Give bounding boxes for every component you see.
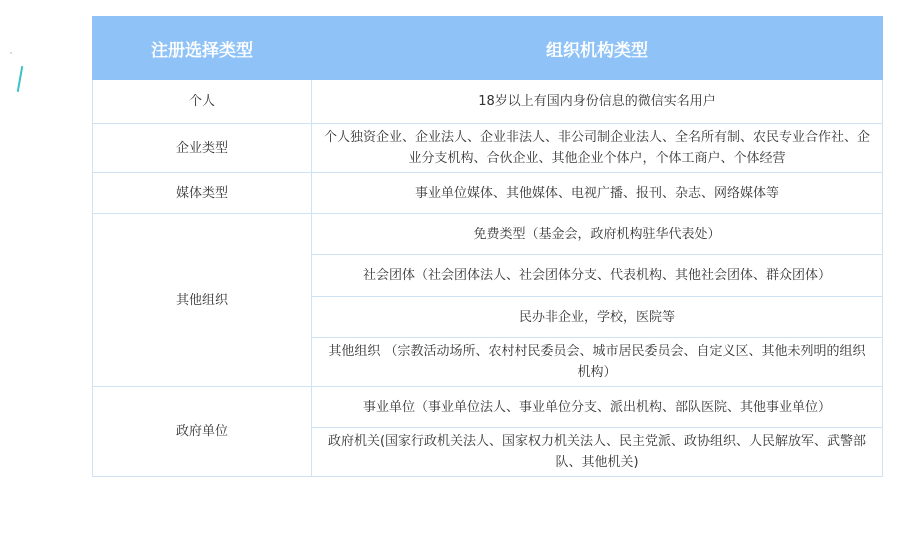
org-cell: 事业单位（事业单位法人、事业单位分支、派出机构、部队医院、其他事业单位） xyxy=(312,387,883,428)
org-cell: 社会团体（社会团体法人、社会团体分支、代表机构、其他社会团体、群众团体） xyxy=(312,255,883,297)
org-cell: 个人独资企业、企业法人、企业非法人、非公司制企业法人、全名所有制、农民专业合作社… xyxy=(312,124,883,173)
type-cell-media: 媒体类型 xyxy=(93,173,312,214)
org-cell: 事业单位媒体、其他媒体、电视广播、报刊、杂志、网络媒体等 xyxy=(312,173,883,214)
org-cell: 免费类型（基金会，政府机构驻华代表处） xyxy=(312,214,883,255)
table-row: 个人 18岁以上有国内身份信息的微信实名用户 xyxy=(93,80,883,124)
type-cell-individual: 个人 xyxy=(93,80,312,124)
type-cell-enterprise: 企业类型 xyxy=(93,124,312,173)
header-registration-type: 注册选择类型 xyxy=(93,17,312,80)
table-row: 媒体类型 事业单位媒体、其他媒体、电视广播、报刊、杂志、网络媒体等 xyxy=(93,173,883,214)
registration-type-table: 注册选择类型 组织机构类型 个人 18岁以上有国内身份信息的微信实名用户 企业类… xyxy=(92,16,883,477)
table-row: 政府单位 事业单位（事业单位法人、事业单位分支、派出机构、部队医院、其他事业单位… xyxy=(93,387,883,428)
org-cell: 民办非企业，学校，医院等 xyxy=(312,297,883,338)
decorative-dot xyxy=(10,52,12,54)
decorative-line xyxy=(17,66,23,92)
org-cell: 18岁以上有国内身份信息的微信实名用户 xyxy=(312,80,883,124)
table-row: 其他组织 免费类型（基金会，政府机构驻华代表处） xyxy=(93,214,883,255)
table-row: 企业类型 个人独资企业、企业法人、企业非法人、非公司制企业法人、全名所有制、农民… xyxy=(93,124,883,173)
org-cell: 政府机关(国家行政机关法人、国家权力机关法人、民主党派、政协组织、人民解放军、武… xyxy=(312,428,883,477)
org-cell: 其他组织 （宗教活动场所、农村村民委员会、城市居民委员会、自定义区、其他未列明的… xyxy=(312,338,883,387)
header-organization-type: 组织机构类型 xyxy=(312,17,883,80)
table-header-row: 注册选择类型 组织机构类型 xyxy=(93,17,883,80)
type-cell-other-organization: 其他组织 xyxy=(93,214,312,387)
type-cell-government-unit: 政府单位 xyxy=(93,387,312,477)
